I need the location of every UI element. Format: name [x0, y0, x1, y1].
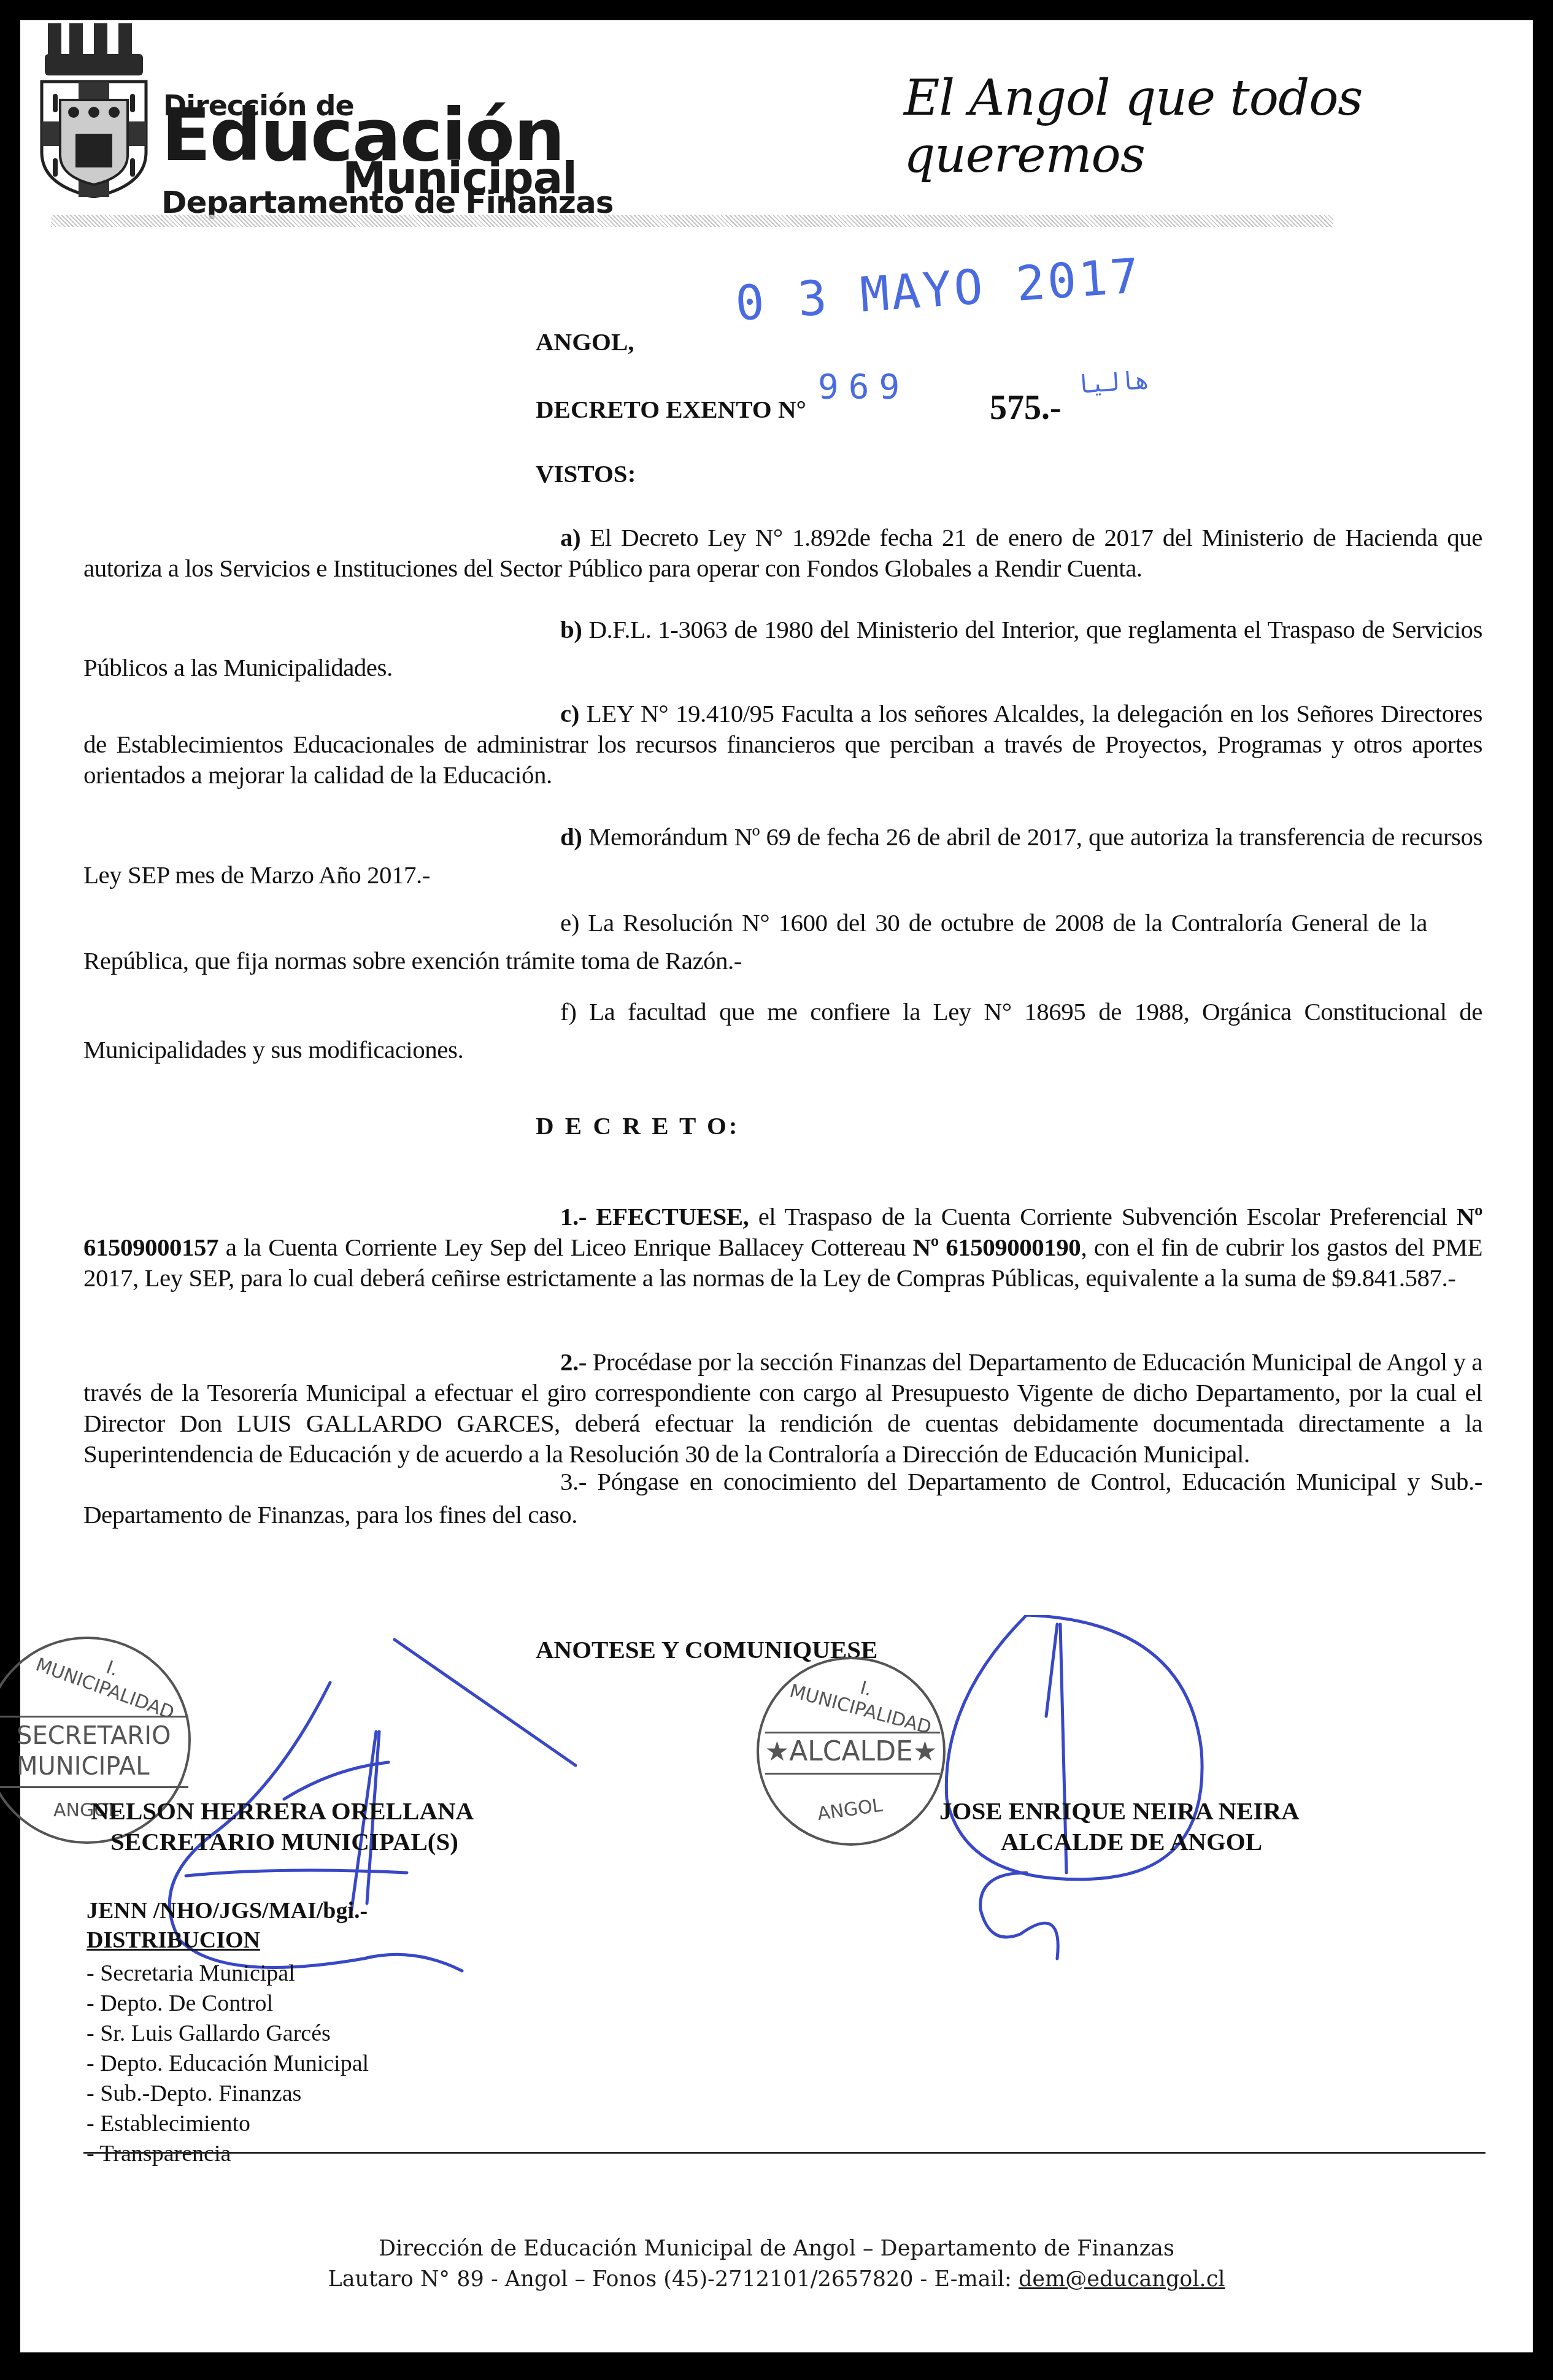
visto-label: f) [560, 997, 576, 1026]
visto-e: e) La Resolución N° 1600 del 30 de octub… [83, 904, 1427, 980]
visto-label: c) [560, 699, 579, 727]
footer-address: Lautaro N° 89 - Angol – Fonos (45)-27121… [328, 2267, 1018, 2292]
visto-a: a) El Decreto Ley N° 1.892de fecha 21 de… [83, 522, 1482, 583]
footer-org: Dirección de Educación Municipal de Ango… [20, 2236, 1533, 2261]
distribution-item: - Depto. De Control [87, 1989, 369, 2019]
mayor-name: JOSE ENRIQUE NEIRA NEIRA [939, 1796, 1300, 1825]
number-stamp: 969 [818, 367, 909, 407]
distribution-item: - Depto. Educación Municipal [87, 2049, 369, 2079]
place-line: ANGOL, [536, 327, 634, 356]
article-1: 1.- EFECTUESE, el Traspaso de la Cuenta … [83, 1201, 1482, 1293]
date-stamp: 0 3 MAYO 2017 [734, 248, 1143, 332]
motto: El Angol que todos queremos [904, 69, 1533, 183]
article-3: 3.- Póngase en conocimiento del Departam… [83, 1465, 1482, 1531]
distribution-item: - Establecimiento [87, 2109, 369, 2139]
document-page: Dirección de Educación Municipal Departa… [20, 20, 1533, 2352]
distribution-item: - Secretaria Municipal [87, 1959, 369, 1989]
article-2: 2.- Procédase por la sección Finanzas de… [83, 1346, 1482, 1469]
footer-divider [83, 2152, 1486, 2154]
mayor-title: ALCALDE DE ANGOL [1001, 1827, 1262, 1856]
distribution-heading: DISTRIBUCION [87, 1927, 260, 1954]
initial-mark-stamp: ﻫﺎﻟﯿﺎ [1075, 366, 1150, 399]
municipal-coat-of-arms-icon [36, 20, 152, 198]
article-lead: EFECTUESE, [596, 1202, 749, 1230]
footer-contact: Lautaro N° 89 - Angol – Fonos (45)-27121… [20, 2267, 1533, 2292]
visto-label: d) [560, 823, 582, 851]
email-link[interactable]: dem@educangol.cl [1019, 2267, 1225, 2292]
account-to: Nº 61509000190 [913, 1233, 1081, 1261]
visto-label: e) [560, 908, 579, 937]
header-divider [51, 215, 1333, 227]
visto-c: c) LEY N° 19.410/95 Faculta a los señore… [83, 698, 1482, 790]
visto-d: d) Memorándum Nº 69 de fecha 26 de abril… [83, 818, 1482, 894]
visto-f: f) La facultad que me confiere la Ley N°… [83, 992, 1482, 1069]
visto-label: a) [560, 523, 580, 551]
decree-label: DECRETO EXENTO N° [536, 394, 806, 424]
visto-b: b) D.F.L. 1-3063 de 1980 del Ministerio … [83, 610, 1482, 686]
decree-number: 575.- [990, 388, 1062, 428]
distribution-item: - Sr. Luis Gallardo Garcés [87, 2019, 369, 2049]
secretary-title: SECRETARIO MUNICIPAL(S) [110, 1827, 458, 1856]
decreto-heading: D E C R E T O: [536, 1111, 739, 1140]
distribution-list: - Secretaria Municipal - Depto. De Contr… [87, 1959, 369, 2169]
initials-line: JENN /NHO/JGS/MAI/bgi.- [87, 1897, 368, 1924]
secretary-name: NELSON HERRERA ORELLANA [91, 1796, 474, 1825]
distribution-item: - Sub.-Depto. Finanzas [87, 2079, 369, 2109]
vistos-heading: VISTOS: [536, 459, 636, 488]
visto-label: b) [560, 615, 582, 643]
distribution-item: - Transparencia [87, 2139, 369, 2169]
